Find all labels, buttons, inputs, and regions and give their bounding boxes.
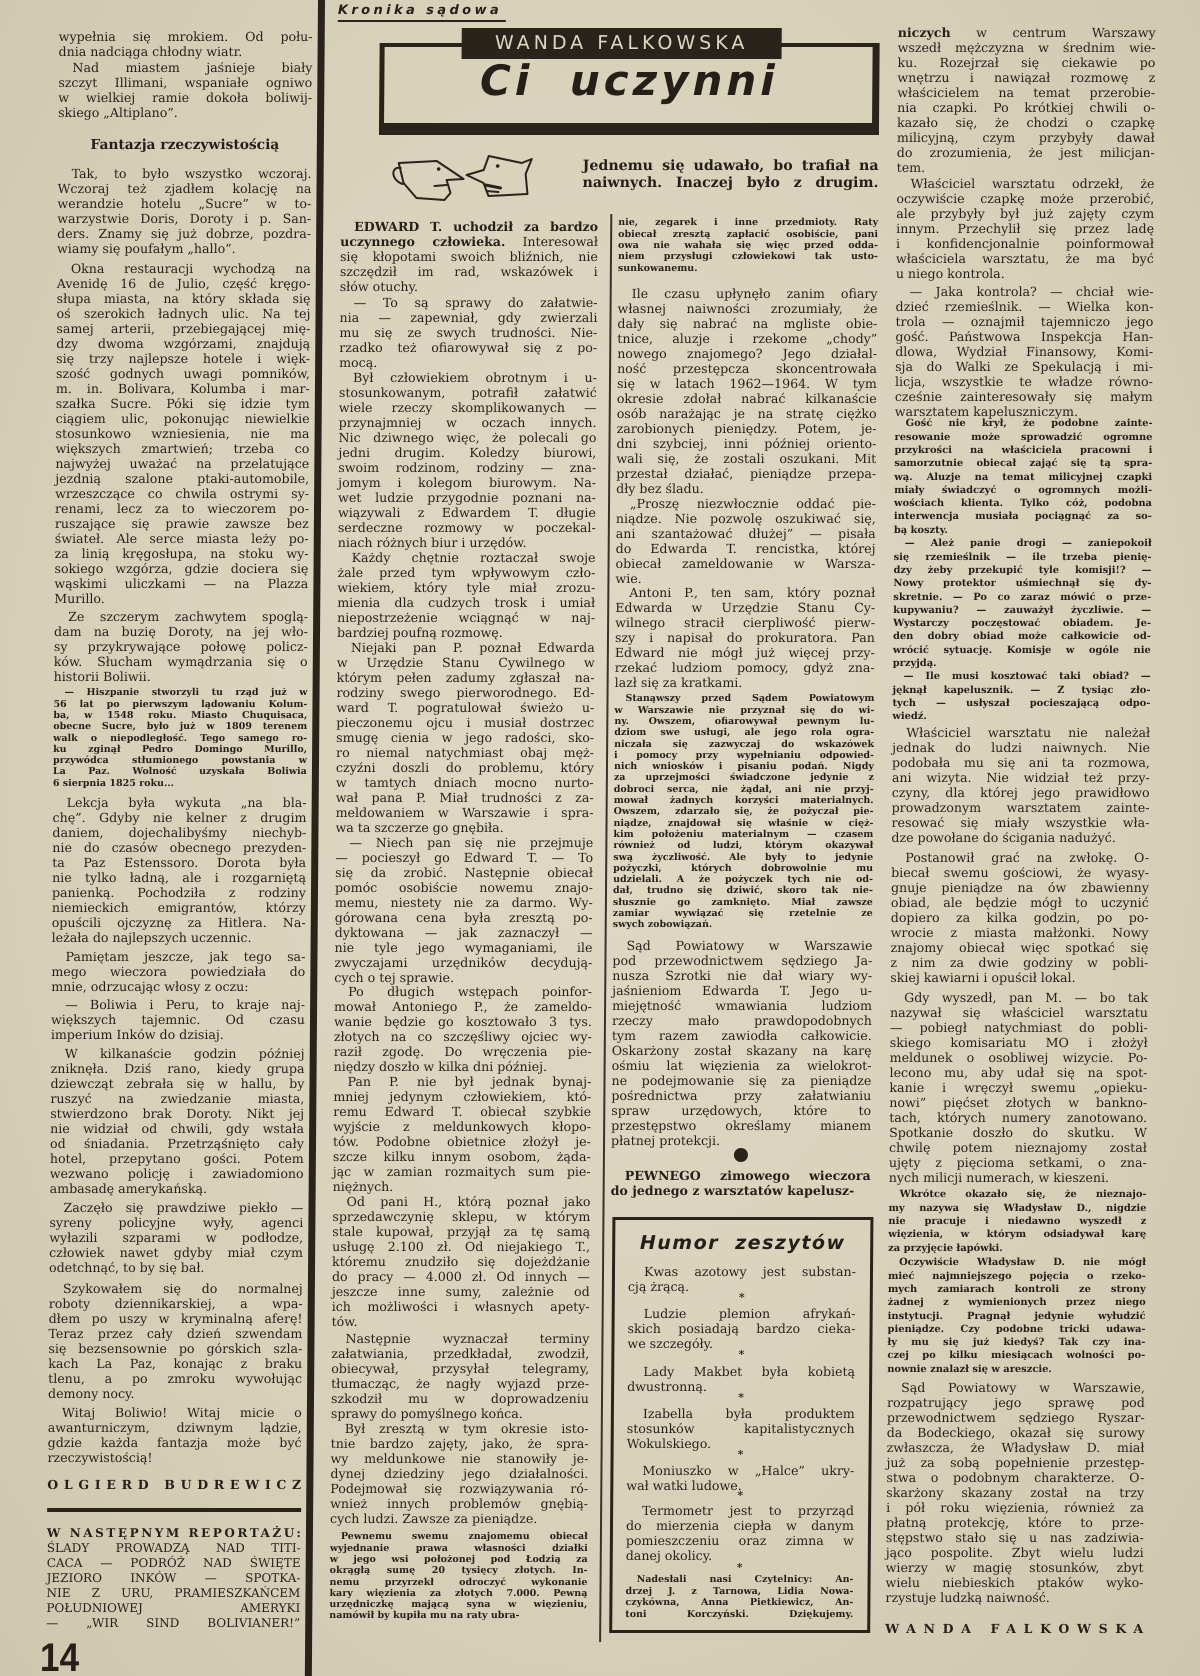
text-line: milicyjną, czym przybyły dawał [897, 130, 1155, 145]
text-line: czej po kilku miesiącach wolności po- [887, 1349, 1145, 1362]
text-line: szczyt Illimani, wspaniałe ogniwo [58, 75, 312, 90]
bold-lead-text: EDWARD T. uchodził za bardzo [354, 219, 598, 234]
line-text: Właściciel warsztatu odrzekł, że [911, 176, 1155, 191]
text-line: dnia nadciąga chłodny wiatr. [59, 44, 313, 59]
line-text: ani wizyta. Nie widział też przy- [892, 770, 1150, 785]
text-line: jezdnią szalone ptaki-automobile, [55, 471, 309, 486]
line-text: dzy dwoma wzgórzami, znajdują [56, 336, 310, 351]
line-text: sja do Walki ze Spekulacją i mi- [895, 359, 1153, 374]
line-text: dam na buzię Doroty, na jej wło- [54, 624, 308, 639]
line-text: tych — usłyszał pocieszającą odpo- [892, 698, 1150, 709]
humor-item: Ludzie plemion afrykań-skich posiadają b… [627, 1306, 855, 1351]
line-text: szczędził im rad, wskazówek i [340, 264, 598, 279]
text-line: się kłopotami swoich bliźnich, nie [340, 249, 598, 264]
text-line: ich możliwości i własnych apety- [332, 1299, 590, 1314]
text-line: w Urzędzie Stanu Cywilnego w [337, 655, 595, 670]
text-line: świateł. Ale serce miasta leży po- [55, 531, 309, 546]
text-line: Sąd Powiatowy w Warszawie, [887, 1380, 1145, 1395]
line-text: cych o tej sprawie. [334, 970, 454, 985]
text-line: Murillo. [54, 591, 308, 606]
line-text: W kilkanaście godzin później [65, 1046, 305, 1061]
text-line: my nazywa się Władysław D., nigdzie [888, 1202, 1146, 1215]
text-line: kupywaniu? — zauważył życzliwie. — [893, 604, 1151, 617]
line-text: mego wieczora powiedziała do [51, 964, 305, 979]
line-text: nownie znalazł się w areszcie. [887, 1364, 1052, 1375]
paragraph: Gdy wyszedł, pan M. — bo taknazywał się … [889, 990, 1149, 1185]
text-line: NIE Z URU, PRAMIESZKAŃCEM [46, 1586, 300, 1601]
text-line: ciągiem ulic, pokonując niewielkie [56, 411, 310, 426]
text-line: da Bodeckiego, okazał się surowy [887, 1425, 1145, 1440]
line-text: Lady Makbet była kobietą [643, 1364, 855, 1379]
line-text: niepostrzeżenie wciągnąć w naj- [337, 610, 595, 625]
text-line: tów. Podobne obietnice złożył je- [333, 1134, 591, 1149]
line-text: większych zmartwień; trzeba co [55, 441, 309, 456]
line-text: wy meldunkowe nie stanowiły je- [330, 1451, 588, 1466]
line-text: wielu niebieskich ptaków wyko- [886, 1575, 1144, 1590]
text-line: ŚLADY PROWADZĄ NAD TITI- [47, 1541, 301, 1556]
text-line: przykrości na właściciela pracowni i [894, 444, 1152, 457]
line-text: Nic dziwnego więc, że polecali go [339, 430, 597, 445]
paragraph: — Jaka kontrola? — chciał wie-dzieć rzem… [895, 284, 1154, 419]
text-line: wet ludzie przygodnie poznani na- [338, 490, 596, 505]
line-text: leżała do najlepszych uczennic. [52, 930, 252, 945]
small-print-paragraph: — Ile musi kosztować taki obiad? —jęknął… [892, 670, 1150, 723]
line-text: niemieckich emigrantów, którzy [52, 900, 306, 915]
paragraph: Był zresztą w tym okresie isto-tnie bard… [330, 1421, 589, 1526]
text-line: dlowa, Wydział Finansowy, Komi- [895, 344, 1153, 359]
line-text: ich możliwości i własnych apety- [332, 1299, 590, 1314]
text-line: Wkrótce okazało się, że nieznajo- [889, 1188, 1147, 1201]
text-line: raził zgodę. Do wręczenia pie- [334, 1044, 592, 1059]
line-text: wrocie z miasta małżonki. Nowy [891, 925, 1149, 940]
text-line: z nim za dwie godziny w pobli- [890, 955, 1148, 970]
small-print-paragraph: — Hiszpanie stworzyli tu rząd już w56 la… [53, 687, 308, 789]
text-line: sokiego wzgórza, gdzie dociera się [54, 561, 308, 576]
text-line: Nowy protektor uśmiechnął się dy- [893, 577, 1151, 590]
line-text: przewodnictwem sędziego Ryszar- [887, 1410, 1145, 1425]
text-line: JEZIORO INKÓW — SPOTKA- [47, 1571, 301, 1586]
text-line: wą. Aluzje na temat milicyjnej czapki [894, 471, 1152, 484]
line-text: szcze kilku innym osobom, żąda- [333, 1149, 591, 1164]
text-line: resowanie może sprowadzić ogromne [895, 431, 1153, 444]
line-text: Następnie wyznaczał terminy [345, 1331, 589, 1346]
line-text: Gość nie krył, że podobne zainte- [906, 418, 1153, 429]
line-text: awanturniczym, dziwnym lądzie, [48, 1420, 302, 1435]
text-line: innym. Przechylił się przez ladę [896, 221, 1154, 236]
line-text: syreny policyjne wyły, agenci [49, 1215, 303, 1230]
line-text: sprzedawczynię sklepu, w którym [332, 1209, 590, 1224]
paragraph: Tak, to było wszystko wczoraj.Wczoraj te… [57, 166, 312, 256]
line-text: rodziny swego pierworodnego. Ed- [337, 685, 595, 700]
text-line: u niego kontrola. [896, 266, 1154, 281]
line-text: swoim rodzinom, rodziny — zna- [338, 460, 596, 475]
line-text: z nim za dwie godziny w pobli- [890, 955, 1148, 970]
text-line: jeszcze inne sumy, zależnie od [332, 1284, 590, 1299]
line-text: werandzie hotelu „Sucre” w to- [57, 196, 311, 211]
line-text: POŁUDNIOWEJ AMERYKI [46, 1601, 300, 1615]
text-line: tłumacząc, że nagły wyjazd prze- [331, 1376, 589, 1391]
text-line: imperium Inków do dzisiaj. [51, 1027, 305, 1042]
line-text: w centrum Warszawy [951, 25, 1156, 40]
text-line: Termometr jest to przyrząd [626, 1503, 854, 1518]
text-line: uczynnego człowieka. Interesował [340, 234, 598, 249]
text-line: Kwas azotowy jest substan- [628, 1264, 856, 1279]
text-line: jąc w zamian rozmaitych sum pie- [333, 1164, 591, 1179]
paragraph: — Boliwia i Peru, to kraje naj-większych… [51, 997, 305, 1042]
text-line: syreny policyjne wyły, agenci [49, 1215, 303, 1230]
line-text: niężnych. [333, 1179, 394, 1194]
text-line: chę”. Gdyby nie kelner z drugim [53, 810, 307, 825]
line-text: wiązywali z Edwardem T. długie [338, 505, 596, 520]
text-line: wypełnia się mrokiem. Od połu- [59, 29, 313, 44]
line-text: Ludzie plemion afrykań- [644, 1306, 856, 1321]
text-line: namówił by kupiła mu na raty ubra- [329, 1610, 587, 1621]
line-text: Interesował [505, 234, 598, 249]
line-text: u niego kontrola. [896, 266, 1005, 281]
text-line: W kilkanaście godzin później [51, 1046, 305, 1061]
star-separator-icon: * [627, 1450, 855, 1460]
text-line: wanie będzie go kosztowało 3 tys. [334, 1014, 592, 1029]
star-separator-icon: * [627, 1393, 855, 1403]
paragraph: EDWARD T. uchodził za bardzouczynnego cz… [340, 219, 599, 294]
line-text: La Paz. Wolność uzyskała Boliwia [53, 766, 307, 777]
line-text: cją żrącą. [628, 1279, 689, 1294]
line-text: innym. Przechylił się przez ladę [896, 221, 1154, 236]
paragraph: Ze szczerym zachwytem spoglą-dam na buzi… [54, 609, 309, 684]
line-text: kupywaniu? — zauważył życzliwie. — [893, 605, 1151, 616]
text-line: wa ta szczerze go gnębiła. [335, 820, 593, 835]
text-line: instytucji. Pragnął jedynie wyłudzić [888, 1310, 1146, 1323]
text-line: rzeczywistością! [47, 1450, 301, 1465]
line-text: cych ludzi. Zawsze za pieniądze. [330, 1511, 537, 1526]
paragraph: wypełnia się mrokiem. Od połu-dnia nadci… [59, 29, 313, 59]
text-line: się da zrobić. Następnie obiecał [335, 865, 593, 880]
line-text: samorzutnie obiecał zająć się tą spra- [894, 458, 1152, 469]
text-line: Pan P. nie był jednak bynaj- [333, 1074, 591, 1089]
line-text: do zrozumienia, że jest milicjan- [897, 145, 1155, 160]
text-line: obecne Sucre, było już w 1809 terenem [53, 721, 307, 732]
star-separator-icon: * [628, 1293, 856, 1303]
line-text: nazywał się właściciel warsztatu [890, 1005, 1148, 1020]
text-line: Nadesłali nasi Czytelnicy: An- [626, 1574, 854, 1585]
text-line: prowadzonym warsztatem zainte- [892, 800, 1150, 815]
line-text: roboty dziennikarskiej, a wpa- [49, 1296, 303, 1311]
line-text: dziewcząt zebrała się w hallu, by [50, 1076, 304, 1091]
line-text: jeszcze inne sumy, zależnie od [332, 1284, 590, 1299]
line-text: zwyczajami urzędników decydują- [334, 955, 592, 970]
text-line: Każdy chętnie roztaczał swoje [338, 550, 596, 565]
line-text: namówił by kupiła mu na raty ubra- [329, 1610, 519, 1621]
column-1: wypełnia się mrokiem. Od połu-dnia nadci… [46, 0, 313, 1676]
text-line: pieniądze. Czy podobne tricki udawa- [888, 1323, 1146, 1336]
text-line: licja, wszystkie te władze równo- [895, 374, 1153, 389]
text-line: nie pracuje i niedawno wyszedł z [888, 1215, 1146, 1228]
line-text: resować się miały wszystkie wła- [891, 815, 1149, 830]
text-line: w wielkiej ramie dokoła boliwij- [58, 90, 312, 105]
text-line: nowi” pięćset złotych w bankno- [889, 1095, 1147, 1110]
line-text: chę”. Gdyby nie kelner z drugim [53, 810, 307, 825]
line-text: wał pana P. Miał trudności z za- [336, 790, 594, 805]
text-line: POŁUDNIOWEJ AMERYKI [46, 1601, 300, 1616]
text-line: dam na buzię Doroty, na jej wło- [54, 624, 308, 639]
text-line: ba, w 1548 roku. Miasto Chuquisaca, [53, 710, 307, 721]
line-text: Lekcja była wykuta „na bla- [67, 795, 307, 810]
text-line: wał pana P. Miał trudności z za- [336, 790, 594, 805]
line-text: usługę 2.100 zł. Od niejakiego T., [332, 1239, 590, 1254]
line-text: gdzie każda fantazja może być [48, 1435, 302, 1450]
text-line: żadnej z wymienionych przez niego [888, 1296, 1146, 1309]
line-text: wanie będzie go kosztowało 3 tys. [334, 1014, 592, 1029]
line-text: Szykowałem się do normalnej [63, 1281, 303, 1296]
line-text: W NASTĘPNYM REPORTAŻU: [47, 1526, 304, 1540]
text-line: Od pani H., którą poznał jako [333, 1194, 591, 1209]
line-text: za linią kręgosłupa, na stoku wy- [55, 546, 309, 561]
text-line: jęknął kapelusznik. — Z tysiąc zło- [893, 684, 1151, 697]
paragraph: Witaj Boliwio! Witaj micie oawanturniczy… [47, 1405, 301, 1465]
line-text: WANDA FALKOWSKA [885, 1621, 1151, 1636]
small-print-paragraph: Gość nie krył, że podobne zainte-resowan… [894, 417, 1153, 537]
line-text: skretnie. — Po co zaraz mówić o prze- [893, 592, 1151, 603]
line-text: — Boliwia i Peru, to kraje naj- [65, 997, 305, 1012]
line-text: skiej kawiarni i opuścił lokal. [890, 970, 1075, 985]
text-line: okrągłą sumę 20 tysięcy złotych. In- [330, 1565, 588, 1576]
text-line: warsztatem kapeluszniczym. [895, 404, 1153, 419]
line-text: tów. Podobne obietnice złożył je- [333, 1134, 591, 1149]
text-line: CACA — PODRÓŻ NAD ŚWIĘTE [47, 1556, 301, 1571]
humor-item: Lady Makbet była kobietądwustronną. [627, 1364, 855, 1394]
text-line: większych zmartwień; trzeba co [55, 441, 309, 456]
paragraph: Niejaki pan P. poznał Edwardaw Urzędzie … [335, 640, 595, 835]
small-print-paragraph: Oczywiście Władysław D. nie mógłmieć naj… [887, 1256, 1146, 1376]
text-line: którym pełen zadumy zgłaszał na- [337, 670, 595, 685]
line-text: pieczonemu ojcu i musiał dostrzec [336, 715, 594, 730]
text-line: skiego komisariatu MO i złożył [890, 1035, 1148, 1050]
text-line: tnie bardzo zajęty, jako, że spra- [331, 1436, 589, 1451]
text-line: wiązywali z Edwardem T. długie [338, 505, 596, 520]
paragraph: Lekcja była wykuta „na bla-chę”. Gdyby n… [52, 795, 307, 945]
text-line: ward T. pogratulował świeżo u- [336, 700, 594, 715]
line-text: dłem po uszy w kryminalną aferę! [49, 1311, 303, 1326]
line-text: ruszające się prawie zawsze bez [55, 516, 309, 531]
line-text: stępstwo stało się u nas zadziwia- [886, 1530, 1144, 1545]
text-line: Moniuszko w „Halce” ukry- [626, 1463, 854, 1478]
line-text: Nowy protektor uśmiechnął się dy- [893, 578, 1151, 589]
line-text: ambasadę amerykańską. [50, 1181, 208, 1196]
paragraph: Od pani H., którą poznał jakosprzedawczy… [332, 1194, 591, 1329]
text-line: dzy dwoma wzgórzami, znajdują [56, 336, 310, 351]
line-text: danej okolicy. [626, 1548, 713, 1563]
text-line: — pocieszył go Edward T. — To [335, 850, 593, 865]
line-text: memu, niestety nie za darmo. Wy- [335, 895, 593, 910]
text-line: skretnie. — Po co zaraz mówić o prze- [893, 591, 1151, 604]
text-line: nemu przyrzekł odroczyć wykonanie [330, 1577, 588, 1588]
line-text: wyłazili szparami w podłodze, [49, 1230, 303, 1245]
text-line: wrocie z miasta małżonki. Nowy [891, 925, 1149, 940]
text-line: historii Boliwii. [54, 669, 308, 684]
text-line: Podejmował się rozwiązywania ró- [330, 1481, 588, 1496]
line-text: tów. [332, 1314, 358, 1329]
small-print-paragraph: Pewnemu swemu znajomemu obiecałwyjednani… [329, 1531, 588, 1621]
line-text: Zaczęło się prawdziwe piekło — [63, 1200, 303, 1215]
line-text: 6 sierpnia 1825 roku... [53, 778, 174, 789]
text-line: ku. Rozejrzał się ciekawie po [897, 55, 1155, 70]
line-text: NIE Z URU, PRAMIESZKAŃCEM [46, 1586, 300, 1600]
text-line: nych milicji numerach, w kieszeni. [889, 1170, 1147, 1185]
line-text: Wystarczy poczęstować obiadem. Je- [893, 618, 1151, 629]
line-text: walk o niepodległość. Tego samego ro- [53, 733, 307, 744]
text-line: wy meldunkowe nie stanowiły je- [330, 1451, 588, 1466]
text-line: dze powołane do ścigania nadużyć. [891, 830, 1149, 845]
text-line: — Jaka kontrola? — chciał wie- [896, 284, 1154, 299]
text-line: mocą. [339, 355, 597, 370]
text-line: kary więzienia za złotych 7.000. Pewną [329, 1588, 587, 1599]
text-line: przewodnictwem sędziego Ryszar- [887, 1410, 1145, 1425]
line-text: właściciela warsztatu, że ma być [896, 251, 1154, 266]
line-text: rzadko też ofiarowywał się z po- [339, 340, 597, 355]
text-line: do mierzenia ciepła w danym [626, 1518, 854, 1533]
line-text: jęknął kapelusznik. — Z tysiąc zło- [893, 685, 1151, 696]
text-line: resować się miały wszystkie wła- [891, 815, 1149, 830]
line-text: którym pełen zadumy zgłaszał na- [337, 670, 595, 685]
line-text: nie pracuje i niedawno wyszedł z [888, 1216, 1146, 1227]
text-line: mował Antoniego P., że zameldo- [334, 999, 592, 1014]
text-line: hotel, przepytano gości. Potem [50, 1151, 304, 1166]
line-text: jedni drugim. Koledzy biurowi, [338, 445, 596, 460]
line-text: — Ależ panie drogi — zaniepokoił [905, 538, 1152, 549]
line-text: Teraz przez cały dzień szwendam [48, 1326, 302, 1341]
section-heading: Fantazja rzeczywistością [58, 135, 312, 155]
line-text: Oczywiście Władysław D. nie mógł [899, 1257, 1146, 1268]
text-line: przynajmniej w oczach innych. [339, 415, 597, 430]
line-text: płatną protekcję, które to prze- [886, 1515, 1144, 1530]
line-text: ły mu się już kiedyś? Tak czy ina- [887, 1337, 1145, 1348]
line-text: w tamtych dniach mocno nurto- [336, 775, 594, 790]
line-text: przywódca stłumionego powstania w [53, 755, 307, 766]
text-line: w jego wsi położonej pod Łodzią za [330, 1554, 588, 1565]
text-line: pomóc osobiście nowemu znajo- [335, 880, 593, 895]
line-text: renami, lecz za to wieczorem po- [55, 501, 309, 516]
line-text: uczynnego człowieka. Interesował [340, 234, 598, 249]
text-line: bardziej poufną rozmowę. [337, 625, 595, 640]
line-text: wnętrzu i nawiązał rozmowę z [897, 70, 1155, 85]
text-line: tach, których numery zanotowano. [889, 1110, 1147, 1125]
text-line: nie tyle jego wymaganiami, ile [335, 940, 593, 955]
text-line: dziewcząt zebrała się w hallu, by [50, 1076, 304, 1091]
line-text: kanie i wręczył swemu „opieku- [889, 1080, 1147, 1095]
line-text: nia — zapewniał, gdy zwierzali [339, 310, 597, 325]
line-text: jednak do ludzi naiwnych. Nie [892, 740, 1150, 755]
line-text: EDWARD T. uchodził za bardzo [354, 219, 598, 234]
line-text: mował Antoniego P., że zameldo- [334, 999, 592, 1014]
text-line: — Ależ panie drogi — zaniepokoił [894, 537, 1152, 550]
text-line: rzystuje ludzką naiwność. [885, 1590, 1143, 1605]
text-line: właściciela warsztatu, że ma być [896, 251, 1154, 266]
paragraph: Okna restauracji wychodzą naAvenidę 16 d… [54, 261, 311, 606]
text-line: Następnie wyznaczał terminy [331, 1331, 589, 1346]
line-text: gość. Państwowa Inspekcja Han- [895, 329, 1153, 344]
line-text: Nadesłali nasi Czytelnicy: An- [637, 1574, 854, 1585]
text-line: wierzy w magię stosunków, zbyt [886, 1560, 1144, 1575]
line-text: dnia nadciąga chłodny wiatr. [59, 44, 243, 59]
line-text: wościach klienta. Tylko cóż, podobna [894, 498, 1152, 509]
newspaper-page: Kronika sądowa WANDA FALKOWSKA Ci uczynn… [0, 0, 1200, 1676]
text-line: ruszające się prawie zawsze bez [55, 516, 309, 531]
text-line: słupa miasta, na który składa się [57, 291, 311, 306]
text-line: sprzedawczynię sklepu, w którym [332, 1209, 590, 1224]
line-text: sokiego wzgórza, gdzie dociera się [54, 561, 308, 576]
line-text: Podejmował się rozwiązywania ró- [330, 1481, 588, 1496]
line-text: stosunków kapitalistycznych [627, 1421, 855, 1436]
text-line: mu się ze swych trudności. Nie- [339, 325, 597, 340]
text-line: rodziny swego pierworodnego. Ed- [337, 685, 595, 700]
text-line: więzienia, w którym odsiadywał karę [888, 1228, 1146, 1241]
text-line: obiecywał, przysyłał telegramy, [331, 1361, 589, 1376]
column-2: EDWARD T. uchodził za bardzouczynnego cz… [329, 0, 600, 1676]
text-line: do pracy — 4.000 zł. Od innych — [332, 1269, 590, 1284]
line-text: Tak, to było wszystko wczoraj. [72, 166, 312, 181]
paragraph: Był człowiekiem obrotnym i u-stosunkowan… [338, 370, 597, 550]
line-text: mych zamiarach kontroli ze strony [888, 1284, 1146, 1295]
line-text: ujęty z pięcioma setkami, o zna- [889, 1155, 1147, 1170]
line-text: więzienia, w którym odsiadywał karę [888, 1229, 1146, 1240]
line-text: Od pani H., którą poznał jako [347, 1194, 591, 1209]
line-text: nie do czasów obecnego prezyden- [52, 840, 306, 855]
line-text: słupa miasta, na który składa się [57, 291, 311, 306]
text-line: gdzie każda fantazja może być [48, 1435, 302, 1450]
text-line: Teraz przez cały dzień szwendam [48, 1326, 302, 1341]
text-line: pieczonemu ojcu i musiał dostrzec [336, 715, 594, 730]
text-line: górowana cena była zresztą po- [335, 910, 593, 925]
text-line: Właściciel warsztatu nie należał [892, 725, 1150, 740]
humor-item: Kwas azotowy jest substan-cją żrącą. [628, 1264, 856, 1294]
text-line: gnuje pieniądze na ów zbawienny [891, 880, 1149, 895]
line-text: wierzy w magię stosunków, zbyt [886, 1560, 1144, 1575]
line-text: Spotkanie doszło do skutku. W [889, 1125, 1147, 1140]
text-line: ków. Słucham wymądrzania się o [54, 654, 308, 669]
text-line: Tak, to było wszystko wczoraj. [58, 166, 312, 181]
line-text: się trzy najlepsze hotele i więk- [56, 351, 310, 366]
line-text: czyźni doszli do problemu, który [336, 760, 594, 775]
line-text: człowiek nawet gdyby miał czym [49, 1245, 303, 1260]
text-line: OLGIERD BUDREWICZ [47, 1477, 301, 1493]
text-line: ta Paz Estenssoro. Dorota była [52, 855, 306, 870]
text-line: stosunkowo wzniesienia, nie ma [56, 426, 310, 441]
line-text: wiamy się poufałym „hallo”. [57, 241, 236, 256]
line-text: od śniadania. Przetrząśnięto cały [50, 1136, 304, 1151]
text-line: werandzie hotelu „Sucre” w to- [57, 196, 311, 211]
text-line: Był zresztą w tym okresie isto- [331, 1421, 589, 1436]
text-line: jednak do ludzi naiwnych. Nie [892, 740, 1150, 755]
line-text: Był zresztą w tym okresie isto- [345, 1421, 589, 1436]
text-line: czyźni doszli do problemu, który [336, 760, 594, 775]
text-line: przyjdą. [893, 657, 1151, 670]
text-line: stwierdzono brak Doroty. Nikt jej [50, 1106, 304, 1121]
line-text: Nad miastem jaśnieje biały [72, 60, 312, 75]
text-line: Lady Makbet była kobietą [627, 1364, 855, 1379]
text-line: cych ludzi. Zawsze za pieniądze. [330, 1511, 588, 1526]
text-line: remu Edward T. obiecał szybkie [333, 1104, 591, 1119]
line-text: samej arterii, przebiegającej mię- [56, 321, 310, 336]
heading-text: Fantazja rzeczywistością [90, 137, 279, 153]
text-line: memu, niestety nie za darmo. Wy- [335, 895, 593, 910]
text-line: — „WIR SIND BOLIVIANER!” [46, 1616, 300, 1631]
line-text: ro niemal natychmiast obaj męż- [336, 745, 594, 760]
text-line: któremu znudziło się dojeżdżanie [332, 1254, 590, 1269]
text-line: obiad, ale będzie mógł to uczynić [891, 895, 1149, 910]
line-text: demony nocy. [48, 1386, 135, 1401]
text-line: jąco pospolite. Zbyt wielu ludzi [886, 1545, 1144, 1560]
line-text: wąskimi uliczkami — na Plazza [54, 576, 308, 591]
